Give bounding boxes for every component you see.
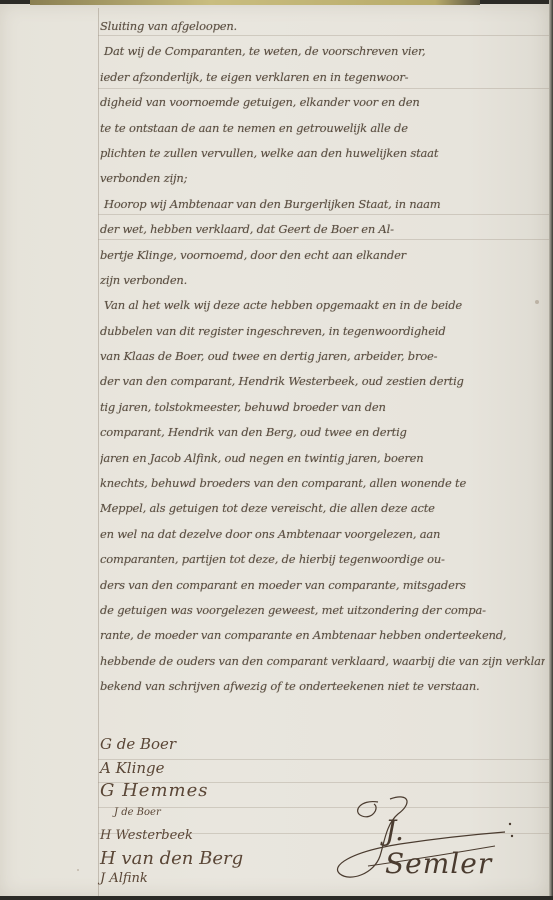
body-line: comparanten, partijen tot deze, de hierb… (100, 547, 545, 572)
body-line: van Klaas de Boer, oud twee en dertig ja… (100, 344, 545, 369)
signature: H van den Berg (100, 848, 280, 870)
body-line: Van al het welk wij deze acte hebben opg… (100, 293, 545, 318)
body-line: ders van den comparant en moeder van com… (100, 573, 545, 598)
body-line: digheid van voornoemde getuigen, elkande… (100, 90, 545, 115)
book-bottom-edge (0, 896, 553, 900)
body-line: hebbende de ouders van den comparant ver… (100, 649, 545, 674)
body-line: en wel na dat dezelve door ons Ambtenaar… (100, 522, 545, 547)
body-line: de getuigen was voorgelezen geweest, met… (100, 598, 545, 623)
body-line: plichten te zullen vervullen, welke aan … (100, 141, 545, 166)
paper-spot (535, 300, 539, 304)
body-line: comparant, Hendrik van den Berg, oud twe… (100, 420, 545, 445)
body-line: Sluiting van afgeloopen. (100, 14, 545, 39)
body-line: Dat wij de Comparanten, te weten, de voo… (100, 39, 545, 64)
body-line: zijn verbonden. (100, 268, 545, 293)
signature: J de Boer (100, 802, 280, 824)
register-page: Sluiting van afgeloopen. Dat wij de Comp… (0, 4, 549, 896)
body-line: verbonden zijn; (100, 166, 545, 191)
body-line: tig jaren, tolstokmeester, behuwd broede… (100, 395, 545, 420)
body-line: der wet, hebben verklaard, dat Geert de … (100, 217, 545, 242)
body-line: Meppel, als getuigen tot deze vereischt,… (100, 496, 545, 521)
official-name: J. Semler (385, 814, 520, 880)
signature: A Klinge (100, 756, 280, 780)
signature: H Westerbeek (100, 824, 280, 848)
witness-signatures: G de Boer A Klinge G Hemmes J de Boer H … (100, 732, 280, 888)
book-top-edge (30, 0, 480, 5)
record-body: Sluiting van afgeloopen. Dat wij de Comp… (100, 14, 545, 700)
body-line: bertje Klinge, voornoemd, door den echt … (100, 243, 545, 268)
body-line: der van den comparant, Hendrik Westerbee… (100, 369, 545, 394)
body-line: jaren en Jacob Alfink, oud negen en twin… (100, 446, 545, 471)
body-line: rante, de moeder van comparante en Ambte… (100, 623, 545, 648)
paper-spot (77, 869, 79, 871)
signature: G Hemmes (100, 780, 280, 802)
body-line: te te ontstaan de aan te nemen en getrou… (100, 116, 545, 141)
body-line: bekend van schrijven afwezig of te onder… (100, 674, 545, 699)
body-line: dubbelen van dit register ingeschreven, … (100, 319, 545, 344)
official-signature: J. Semler (290, 794, 520, 894)
book-right-edge (549, 0, 553, 900)
body-line: knechts, behuwd broeders van den compara… (100, 471, 545, 496)
body-line: ieder afzonderlijk, te eigen verklaren e… (100, 65, 545, 90)
signature: G de Boer (100, 732, 280, 756)
body-line: Hoorop wij Ambtenaar van den Burgerlijke… (100, 192, 545, 217)
signature: J Alfink (100, 870, 280, 888)
margin-rule (98, 8, 99, 900)
